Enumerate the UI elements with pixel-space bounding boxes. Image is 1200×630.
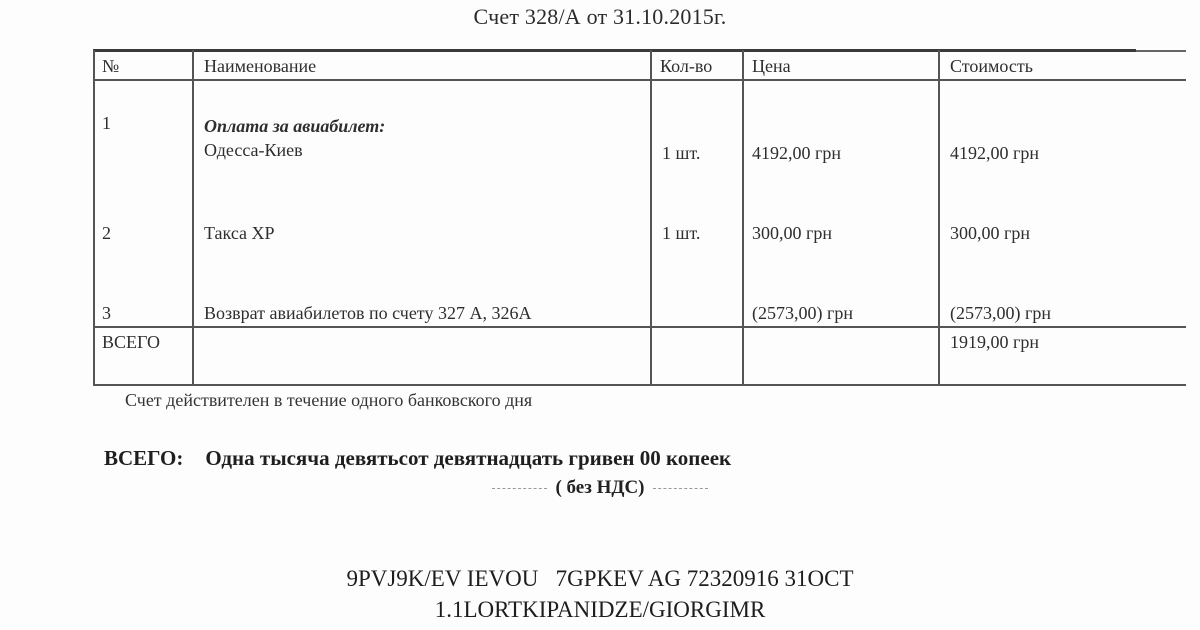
row-name: Одесса-Киев bbox=[204, 140, 303, 161]
ticket-info-line1: 9PVJ9K/EV IEVOU 7GPKEV AG 72320916 31OCT bbox=[0, 566, 1200, 592]
row-num: 3 bbox=[102, 303, 111, 324]
total-row-top-border bbox=[93, 326, 1186, 328]
row-cost: 4192,00 грн bbox=[950, 143, 1039, 164]
row-name-heading: Оплата за авиабилет: bbox=[204, 116, 385, 137]
header-bottom-border bbox=[93, 79, 1186, 81]
header-price: Цена bbox=[752, 56, 791, 77]
validity-note: Счет действителен в течение одного банко… bbox=[125, 390, 532, 411]
row-name: Такса XP bbox=[204, 223, 275, 244]
row-cost: 300,00 грн bbox=[950, 223, 1030, 244]
header-cost: Стоимость bbox=[950, 56, 1033, 77]
col-divider-price bbox=[742, 50, 744, 386]
row-num: 1 bbox=[102, 113, 111, 134]
dash-decoration bbox=[492, 488, 547, 489]
table-top-border-ext bbox=[1136, 50, 1186, 52]
header-qty: Кол-во bbox=[660, 56, 712, 77]
header-name: Наименование bbox=[204, 56, 316, 77]
row-cost: (2573,00) грн bbox=[950, 303, 1051, 324]
dash-decoration bbox=[653, 488, 708, 489]
row-price: (2573,00) грн bbox=[752, 303, 853, 324]
table-top-border bbox=[93, 49, 1136, 52]
row-qty: 1 шт. bbox=[662, 143, 700, 164]
row-num: 2 bbox=[102, 223, 111, 244]
total-label: ВСЕГО bbox=[102, 332, 160, 353]
table-bottom-border bbox=[93, 384, 1186, 386]
table-left-border bbox=[93, 50, 95, 386]
col-divider-name bbox=[192, 50, 194, 386]
header-num: № bbox=[102, 56, 119, 77]
ticket-info-line2: 1.1LORTKIPANIDZE/GIORGIMR bbox=[0, 597, 1200, 623]
row-name: Возврат авиабилетов по счету 327 А, 326А bbox=[204, 303, 531, 324]
invoice-title: Счет 328/А от 31.10.2015г. bbox=[0, 4, 1200, 30]
vat-note-line: ( без НДС) bbox=[0, 477, 1200, 499]
total-in-words-text: Одна тысяча девятьсот девятнадцать гриве… bbox=[205, 446, 731, 470]
vat-note: ( без НДС) bbox=[555, 477, 644, 498]
col-divider-cost bbox=[938, 50, 940, 386]
row-price: 300,00 грн bbox=[752, 223, 832, 244]
total-in-words: ВСЕГО:Одна тысяча девятьсот девятнадцать… bbox=[104, 446, 731, 471]
total-in-words-label: ВСЕГО: bbox=[104, 446, 183, 470]
col-divider-qty bbox=[650, 50, 652, 386]
total-cost: 1919,00 грн bbox=[950, 332, 1039, 353]
row-price: 4192,00 грн bbox=[752, 143, 841, 164]
row-qty: 1 шт. bbox=[662, 223, 700, 244]
